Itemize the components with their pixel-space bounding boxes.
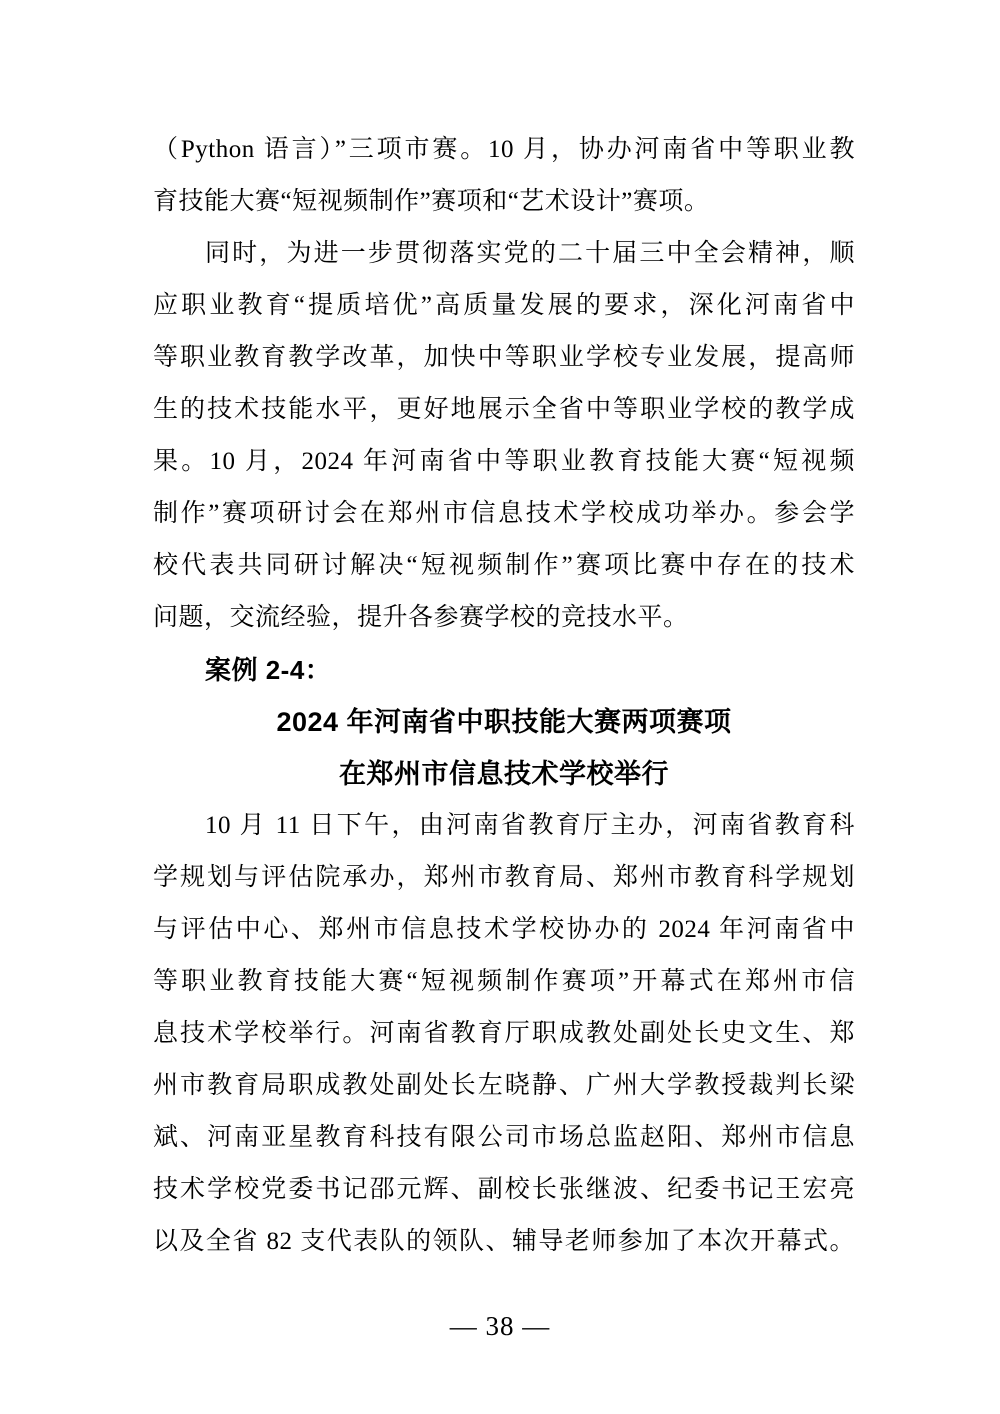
case-label: 案例 2-4：: [153, 644, 855, 696]
paragraph-line: 以及全省 82 支代表队的领队、辅导老师参加了本次开幕式。: [153, 1216, 855, 1268]
paragraph-line: 问题，交流经验，提升各参赛学校的竞技水平。: [153, 592, 855, 644]
paragraph-line: 斌、河南亚星教育科技有限公司市场总监赵阳、郑州市信息: [153, 1112, 855, 1164]
paragraph-line: 生的技术技能水平，更好地展示全省中等职业学校的教学成: [153, 384, 855, 436]
paragraph-line: 果。10 月，2024 年河南省中等职业教育技能大赛“短视频: [153, 436, 855, 488]
document-page: （Python 语言）”三项市赛。10 月，协办河南省中等职业教 育技能大赛“短…: [0, 0, 1000, 1414]
paragraph-line: 制作”赛项研讨会在郑州市信息技术学校成功举办。参会学: [153, 488, 855, 540]
paragraph-line: 校代表共同研讨解决“短视频制作”赛项比赛中存在的技术: [153, 540, 855, 592]
paragraph-line: 同时，为进一步贯彻落实党的二十届三中全会精神，顺: [153, 228, 855, 280]
paragraph-line: 10 月 11 日下午，由河南省教育厅主办，河南省教育科: [153, 800, 855, 852]
paragraph-line: 州市教育局职成教处副处长左晓静、广州大学教授裁判长梁: [153, 1060, 855, 1112]
body-text: （Python 语言）”三项市赛。10 月，协办河南省中等职业教 育技能大赛“短…: [153, 124, 855, 1268]
page-number: — 38 —: [0, 1300, 1000, 1352]
article-title-line: 在郑州市信息技术学校举行: [153, 748, 855, 800]
paragraph-line: 等职业教育技能大赛“短视频制作赛项”开幕式在郑州市信: [153, 956, 855, 1008]
article-title-line: 2024 年河南省中职技能大赛两项赛项: [153, 696, 855, 748]
paragraph-line: 应职业教育“提质培优”高质量发展的要求，深化河南省中: [153, 280, 855, 332]
paragraph-line: （Python 语言）”三项市赛。10 月，协办河南省中等职业教: [153, 124, 855, 176]
paragraph-line: 与评估中心、郑州市信息技术学校协办的 2024 年河南省中: [153, 904, 855, 956]
paragraph-line: 学规划与评估院承办，郑州市教育局、郑州市教育科学规划: [153, 852, 855, 904]
paragraph-line: 息技术学校举行。河南省教育厅职成教处副处长史文生、郑: [153, 1008, 855, 1060]
paragraph-line: 育技能大赛“短视频制作”赛项和“艺术设计”赛项。: [153, 176, 855, 228]
paragraph-line: 技术学校党委书记邵元辉、副校长张继波、纪委书记王宏亮: [153, 1164, 855, 1216]
paragraph-line: 等职业教育教学改革，加快中等职业学校专业发展，提高师: [153, 332, 855, 384]
